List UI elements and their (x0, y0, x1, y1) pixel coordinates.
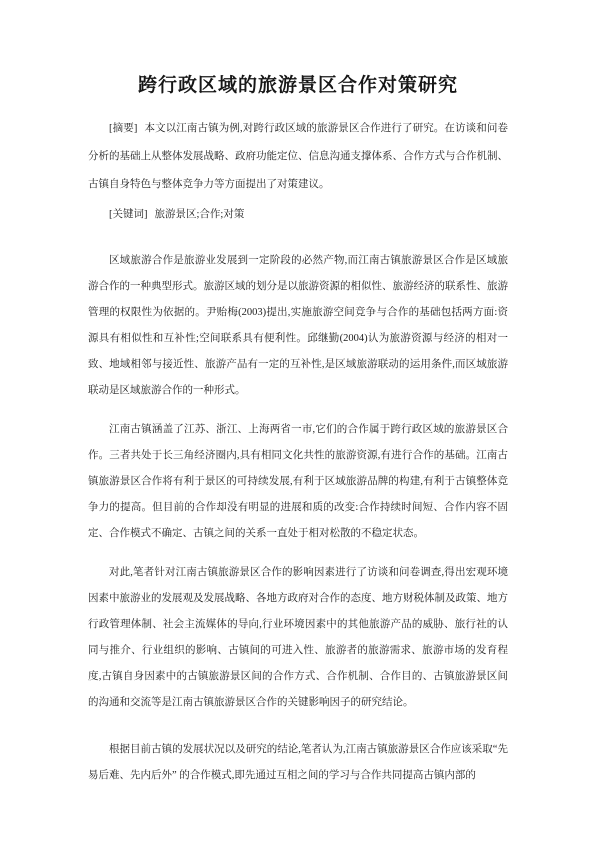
paper-title: 跨行政区域的旅游景区合作对策研究 (88, 74, 508, 98)
body-paragraph-2: 江南古镇涵盖了江苏、浙江、上海两省一市,它们的合作属于跨行政区域的旅游景区合作。… (88, 417, 508, 547)
keywords-paragraph: [关键词]旅游景区;合作;对策 (88, 201, 508, 229)
body-paragraph-1: 区域旅游合作是旅游业发展到一定阶段的必然产物,而江南古镇旅游景区合作是区域旅游合… (88, 248, 508, 404)
body-paragraph-4: 根据目前古镇的发展状况以及研究的结论,笔者认为,江南古镇旅游景区合作应该采取“先… (88, 737, 508, 789)
abstract-text: 本文以江南古镇为例,对跨行政区域的旅游景区合作进行了研究。在访谈和问卷分析的基础… (88, 123, 508, 190)
body-paragraph-3: 对此,笔者针对江南古镇旅游景区合作的影响因素进行了访谈和问卷调查,得出宏观环境因… (88, 560, 508, 716)
abstract-paragraph: [摘要]本文以江南古镇为例,对跨行政区域的旅游景区合作进行了研究。在访谈和问卷分… (88, 115, 508, 199)
keywords-text: 旅游景区;合作;对策 (155, 209, 245, 220)
abstract-label: [摘要] (109, 123, 137, 134)
document-page: 跨行政区域的旅游景区合作对策研究 [摘要]本文以江南古镇为例,对跨行政区域的旅游… (0, 0, 595, 842)
keywords-label: [关键词] (109, 209, 148, 220)
